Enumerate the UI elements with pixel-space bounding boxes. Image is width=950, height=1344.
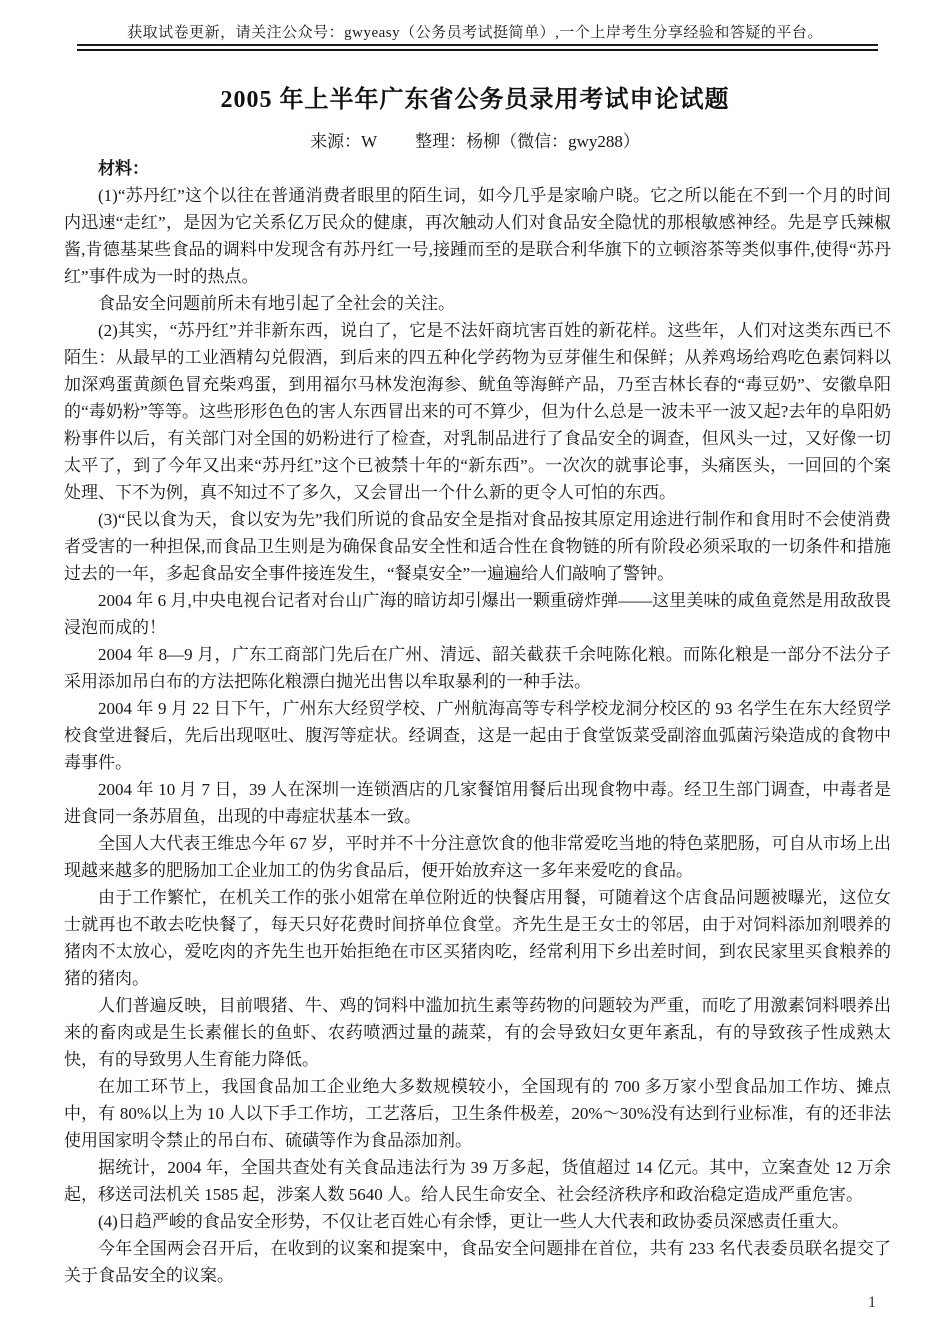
material-paragraph: 由于工作繁忙，在机关工作的张小姐常在单位附近的快餐店用餐，可随着这个店食品问题被… [64, 884, 891, 992]
material-paragraph: 人们普遍反映，目前喂猪、牛、鸡的饲料中滥加抗生素等药物的问题较为严重，而吃了用激… [64, 992, 891, 1073]
document-page: 获取试卷更新，请关注公众号：gwyeasy（公务员考试挺简单）,一个上岸考生分享… [0, 0, 950, 1344]
material-label: 材料： [64, 155, 891, 182]
header-note: 获取试卷更新，请关注公众号：gwyeasy（公务员考试挺简单）,一个上岸考生分享… [0, 21, 950, 42]
material-paragraph: (1)“苏丹红”这个以往在普通消费者眼里的陌生词，如今几乎是家喻户晓。它之所以能… [64, 182, 891, 290]
source-from: 来源：W [310, 132, 377, 151]
material-paragraph: 2004 年 6 月,中央电视台记者对台山广海的暗访却引爆出一颗重磅炸弹——这里… [64, 587, 891, 641]
material-paragraph: (4)日趋严峻的食品安全形势，不仅让老百姓心有余悸，更让一些人大代表和政协委员深… [64, 1208, 891, 1235]
header-rule [77, 44, 878, 51]
page-title: 2005 年上半年广东省公务员录用考试申论试题 [0, 79, 950, 114]
material-content: 材料： (1)“苏丹红”这个以往在普通消费者眼里的陌生词，如今几乎是家喻户晓。它… [64, 155, 891, 1289]
material-paragraph: 2004 年 10 月 7 日，39 人在深圳一连锁酒店的几家餐馆用餐后出现食物… [64, 776, 891, 830]
material-paragraph: 全国人大代表王维忠今年 67 岁，平时并不十分注意饮食的他非常爱吃当地的特色菜肥… [64, 830, 891, 884]
source-editor: 整理：杨柳（微信：gwy288） [415, 132, 640, 151]
material-paragraph: (2)其实，“苏丹红”并非新东西，说白了，它是不法奸商坑害百姓的新花样。这些年，… [64, 317, 891, 506]
material-paragraph: (3)“民以食为天，食以安为先”我们所说的食品安全是指对食品按其原定用途进行制作… [64, 506, 891, 587]
source-line: 来源：W 整理：杨柳（微信：gwy288） [0, 127, 950, 152]
material-paragraph: 据统计，2004 年，全国共查处有关食品违法行为 39 万多起，货值超过 14 … [64, 1154, 891, 1208]
material-paragraph: 2004 年 8—9 月，广东工商部门先后在广州、清远、韶关截获千余吨陈化粮。而… [64, 641, 891, 695]
material-paragraph: 食品安全问题前所未有地引起了全社会的关注。 [64, 290, 891, 317]
material-paragraph: 在加工环节上，我国食品加工企业绝大多数规模较小，全国现有的 700 多万家小型食… [64, 1073, 891, 1154]
page-number: 1 [868, 1294, 876, 1312]
material-paragraph: 2004 年 9 月 22 日下午，广州东大经贸学校、广州航海高等专科学校龙洞分… [64, 695, 891, 776]
material-paragraph: 今年全国两会召开后，在收到的议案和提案中，食品安全问题排在首位，共有 233 名… [64, 1235, 891, 1289]
